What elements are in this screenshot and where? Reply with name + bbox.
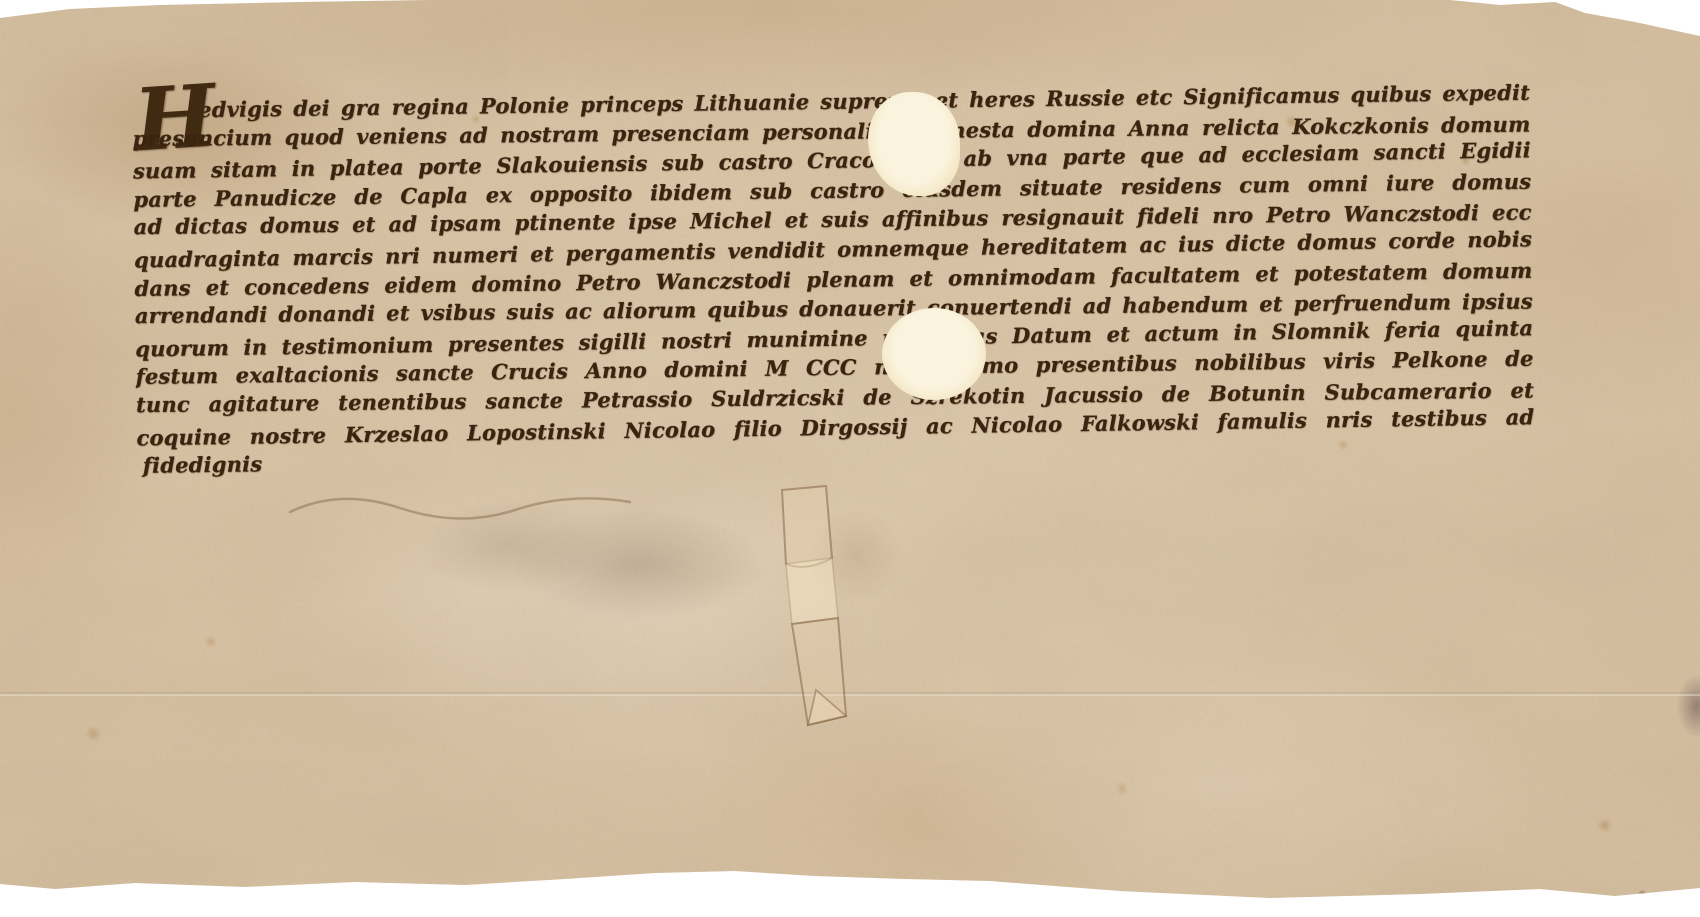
manuscript-text-block: H edvigis dei gra regina Polonie princep… [132,78,1535,481]
pen-flourish-stroke [285,478,645,538]
parchment-sheet: H edvigis dei gra regina Polonie princep… [0,0,1700,917]
seal-tag-strip [750,478,890,742]
manuscript-photo: H edvigis dei gra regina Polonie princep… [0,0,1700,917]
parchment-hole-patch-middle [882,308,986,400]
